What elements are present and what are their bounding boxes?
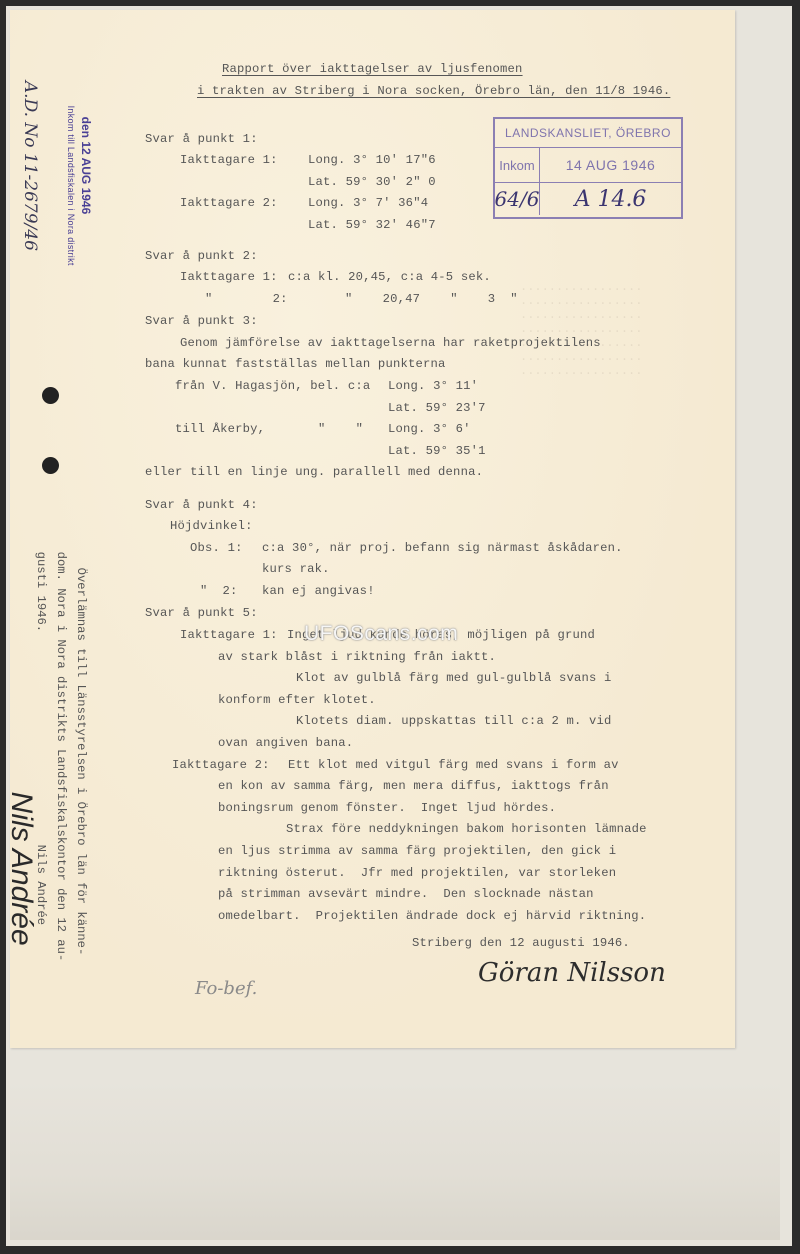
- s3-closing: eller till en linje ung. parallell med d…: [145, 465, 483, 479]
- s3-to-long: Long. 3° 6′: [388, 422, 471, 436]
- s2-observer1-value: c:a kl. 20,45, c:a 4-5 sek.: [288, 270, 491, 284]
- section-5-heading: Svar å punkt 5:: [145, 606, 258, 620]
- s1-observer2-label: Iakttagare 2:: [180, 196, 278, 210]
- stamp-office: LANDSKANSLIET, ÖREBRO: [495, 119, 681, 148]
- s1-observer1-long: Long. 3° 10′ 17"6: [308, 153, 436, 167]
- punch-hole-bottom: [42, 457, 59, 474]
- margin-stamp-text: Inkom till Landsfiskalen i Nora distrikt: [66, 106, 76, 266]
- s1-observer2-lat: Lat. 59° 32′ 46"7: [308, 218, 436, 232]
- margin-ref-handwritten: A.D. No 11-2679/46: [20, 81, 40, 251]
- document-title-line1: Rapport över iakttagelser av ljusfenomen: [222, 62, 523, 76]
- s4-obs1-cont: kurs rak.: [262, 562, 330, 576]
- margin-note-signature: Nils Andrée: [4, 775, 72, 946]
- s5-obs2-line4: Strax före neddykningen bakom horisonten…: [286, 822, 647, 836]
- s2-observer2-label: " 2:: [205, 292, 288, 306]
- s4-obs2-value: kan ej angivas!: [262, 584, 375, 598]
- s3-paragraph-line1: Genom jämförelse av iakttagelserna har r…: [180, 336, 601, 350]
- s5-obs2-line8: omedelbart. Projektilen ändrade dock ej …: [218, 909, 646, 923]
- s1-observer2-long: Long. 3° 7′ 36"4: [308, 196, 428, 210]
- s4-subheading: Höjdvinkel:: [170, 519, 253, 533]
- section-1-heading: Svar å punkt 1:: [145, 132, 258, 146]
- place-date: Striberg den 12 augusti 1946.: [412, 936, 630, 950]
- s5-obs1-line2: av stark blåst i riktning från iaktt.: [218, 650, 496, 664]
- s3-to-lat: Lat. 59° 35′1: [388, 444, 486, 458]
- margin-stamp-date: den 12 AUG 1946: [79, 110, 107, 214]
- s3-from-lat: Lat. 59° 23′7: [388, 401, 486, 415]
- s3-to-label: till Åkerby,: [175, 422, 265, 436]
- s5-obs2-line7: på strimman avsevärt mindre. Den slockna…: [218, 887, 594, 901]
- s5-obs2-line2: en kon av samma färg, men mera diffus, i…: [218, 779, 609, 793]
- received-stamp: LANDSKANSLIET, ÖREBRO Inkom 14 AUG 1946 …: [493, 117, 683, 219]
- s1-observer1-lat: Lat. 59° 30′ 2" 0: [308, 175, 436, 189]
- stamp-reg-right: A 14.6: [575, 187, 647, 212]
- s4-obs1-value: c:a 30°, när proj. befann sig närmast ås…: [262, 541, 623, 555]
- s5-obs2-line6: riktning österut. Jfr med projektilen, v…: [218, 866, 616, 880]
- section-4-heading: Svar å punkt 4:: [145, 498, 258, 512]
- s1-observer1-label: Iakttagare 1:: [180, 153, 278, 167]
- margin-stamp: A.D. No 11-2679/46: [20, 72, 58, 251]
- s2-observer2-value: " 20,47 " 3 ": [345, 292, 518, 306]
- signature: Göran Nilsson: [478, 958, 666, 988]
- section-2-heading: Svar å punkt 2:: [145, 249, 258, 263]
- s5-obs2-line1: Ett klot med vitgul färg med svans i for…: [288, 758, 619, 772]
- s3-from-label: från V. Hagasjön, bel. c:a: [175, 379, 370, 393]
- backing-fold-shadow: [10, 1080, 780, 1240]
- s5-obs1-line3: Klot av gulblå färg med gul-gulblå svans…: [296, 671, 612, 685]
- punch-hole-top: [42, 387, 59, 404]
- s5-obs2-label: Iakttagare 2:: [172, 758, 270, 772]
- s3-paragraph-line2: bana kunnat fastställas mellan punkterna: [145, 357, 446, 371]
- section-3-heading: Svar å punkt 3:: [145, 314, 258, 328]
- document-title-line2: i trakten av Striberg i Nora socken, Öre…: [197, 84, 670, 98]
- stamp-date: 14 AUG 1946: [566, 157, 656, 173]
- s5-obs1-label: Iakttagare 1:: [180, 628, 278, 642]
- s5-obs1-line6: ovan angiven bana.: [218, 736, 353, 750]
- s4-obs2-label: " 2:: [200, 584, 238, 598]
- s5-obs1-line5: Klotets diam. uppskattas till c:a 2 m. v…: [296, 714, 612, 728]
- s5-obs2-line3: boningsrum genom fönster. Inget ljud hör…: [218, 801, 556, 815]
- s5-obs1-line4: konform efter klotet.: [218, 693, 376, 707]
- show-through-text: ................. ................. ....…: [520, 280, 642, 378]
- stamp-reg-left: 64/6: [495, 187, 540, 211]
- stamp-label: Inkom: [499, 158, 534, 173]
- margin-note-line3: gusti 1946.: [34, 537, 62, 632]
- s4-obs1-label: Obs. 1:: [190, 541, 243, 555]
- s5-obs2-line5: en ljus strimma av samma färg projektile…: [218, 844, 616, 858]
- pencil-note: Fo-bef.: [195, 978, 257, 999]
- s3-from-long: Long. 3° 11′: [388, 379, 478, 393]
- s2-observer1-label: Iakttagare 1:: [180, 270, 278, 284]
- s3-to-ditto: " ": [318, 422, 363, 436]
- watermark: UFOScans.com: [304, 622, 458, 646]
